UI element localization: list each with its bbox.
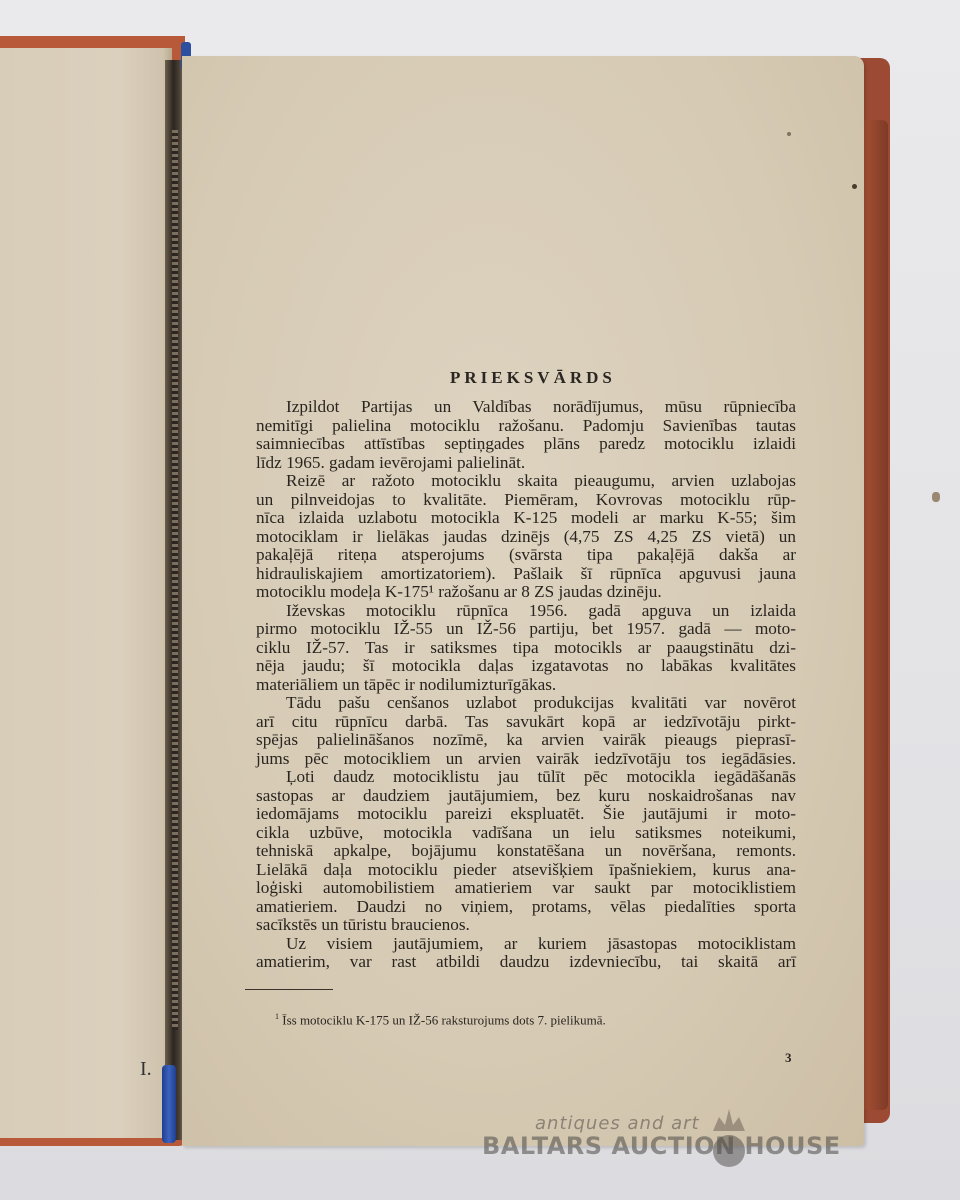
body-text: Izpildot Partijas un Valdības norādījumu… [256,398,796,972]
text-line: līdz 1965. gadam ievērojami palielināt. [256,454,796,473]
text-line: saimniecības attīstības septiņgades plān… [256,435,796,454]
text-line: hidrauliskajiem amortizatoriem). Pašlaik… [256,565,796,584]
text-line: materiāliem un tāpēc ir nodilumizturīgāk… [256,676,796,695]
foxing-spot [852,184,857,189]
text-line: iedomājams motociklu pareizi ekspluatēt.… [256,805,796,824]
foxing-spot [787,132,791,136]
text-line: loģiski automobilistiem amatieriem var s… [256,879,796,898]
text-line: motociklu modeļa K-175¹ ražošanu ar 8 ZS… [256,583,796,602]
text-line: motociklam ir lielākas jaudas dzinējs (4… [256,528,796,547]
left-page-mark: I. [140,1058,152,1081]
text-line: Iževskas motociklu rūpnīca 1956. gadā ap… [256,602,796,621]
text-line: Ļoti daudz motociklistu jau tūlīt pēc mo… [256,768,796,787]
left-page: I. [0,48,172,1138]
bookmark-thread-bottom [162,1065,176,1143]
text-line: nēja jaudu; šī motocikla daļas izgatavot… [256,657,796,676]
footnote-marker: 1 [275,1012,279,1021]
text-line: Tādu pašu cenšanos uzlabot produkcijas k… [256,694,796,713]
text-line: amatierim, var rast atbildi daudzu izdev… [256,953,796,972]
text-line: Reizē ar ražoto motociklu skaita pieaugu… [256,472,796,491]
book-cover-edge [862,120,888,1110]
page-number: 3 [785,1050,792,1066]
text-line: jums pēc motocikliem un arvien vairāk ie… [256,750,796,769]
watermark-tagline: antiques and art [535,1113,700,1134]
footnote-rule [245,989,333,990]
text-line: sastopas ar daudziem jautājumiem, bez ku… [256,787,796,806]
text-line: ciklu IŽ-57. Tas ir satiksmes tipa motoc… [256,639,796,658]
crown-logo-icon [709,1105,749,1169]
text-line: Lielākā daļa motociklu pieder atsevišķie… [256,861,796,880]
text-line: un pilnveidojas to kvalitāte. Piemēram, … [256,491,796,510]
text-line: Izpildot Partijas un Valdības norādījumu… [256,398,796,417]
text-line: tehniskā apkalpe, bojājumu konstatēšana … [256,842,796,861]
footnote: 1 Īss motociklu K-175 un IŽ-56 raksturoj… [275,1012,606,1028]
text-line: nemitīgi palielina motociklu ražošanu. P… [256,417,796,436]
watermark-name: BALTARS AUCTION HOUSE [482,1132,841,1160]
text-line: pakaļējā riteņa atsperojums (svārsta tip… [256,546,796,565]
text-line: amatieriem. Daudzi no viņiem, protams, v… [256,898,796,917]
text-line: spējas palielināšanos nozīmē, ka arvien … [256,731,796,750]
text-line: sacīkstēs un tūristu braucienos. [256,916,796,935]
binding-stitches [172,130,178,1030]
page-title: PRIEKSVĀRDS [450,368,616,388]
footnote-text: Īss motociklu K-175 un IŽ-56 raksturojum… [282,1012,606,1027]
text-line: pirmo motociklu IŽ-55 un IŽ-56 partiju, … [256,620,796,639]
text-line: arī citu rūpnīcu darbā. Tas savukārt kop… [256,713,796,732]
text-line: Uz visiem jautājumiem, ar kuriem jāsasto… [256,935,796,954]
text-line: nīca izlaida uzlabotu motocikla K-125 mo… [256,509,796,528]
text-line: cikla uzbūve, motocikla vadīšana un ielu… [256,824,796,843]
paper-debris [932,492,940,502]
